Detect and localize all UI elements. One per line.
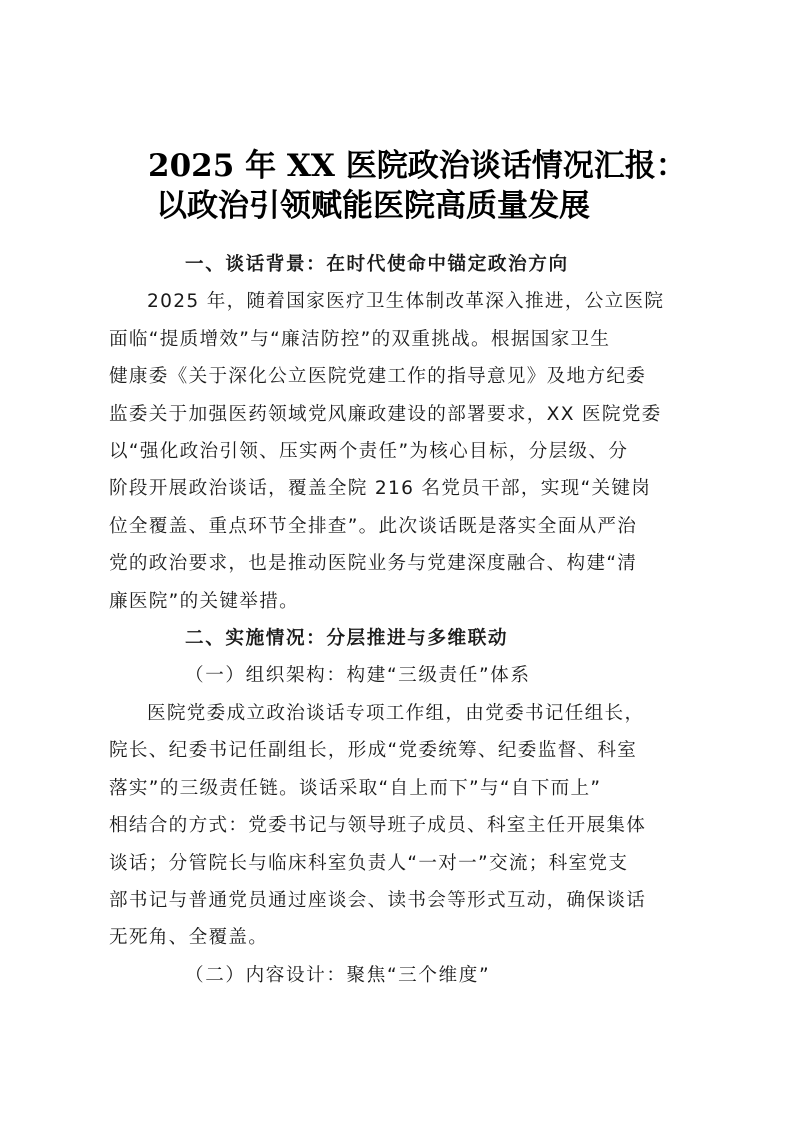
document-title: 2025 年 XX 医院政治谈话情况汇报： 以政治引领赋能医院高质量发展 <box>148 146 708 226</box>
text-line: 2025 年，随着国家医疗卫生体制改革深入推进，公立医院 <box>109 283 691 320</box>
section-heading-2: 二、实施情况：分层推进与多维联动 <box>109 620 691 657</box>
title-line-1: 2025 年 XX 医院政治谈话情况汇报： <box>148 146 708 186</box>
text-line: 谈话；分管院长与临床科室负责人“一对一”交流；科室党支 <box>109 845 691 882</box>
text-line: 部书记与普通党员通过座谈会、读书会等形式互动，确保谈话 <box>109 882 691 919</box>
paragraph-background: 2025 年，随着国家医疗卫生体制改革深入推进，公立医院 面临“提质增效”与“廉… <box>109 283 691 620</box>
document-page: 2025 年 XX 医院政治谈话情况汇报： 以政治引领赋能医院高质量发展 一、谈… <box>0 0 793 1122</box>
text-line: 位全覆盖、重点环节全排查”。此次谈话既是落实全面从严治 <box>109 508 691 545</box>
text-line: 面临“提质增效”与“廉洁防控”的双重挑战。根据国家卫生 <box>109 321 691 358</box>
subsection-heading-1: （一）组织架构：构建“三级责任”体系 <box>109 657 691 694</box>
section-heading-1: 一、谈话背景：在时代使命中锚定政治方向 <box>109 246 691 283</box>
text-line: 落实”的三级责任链。谈话采取“自上而下”与“自下而上” <box>109 770 691 807</box>
text-line: 阶段开展政治谈话，覆盖全院 216 名党员干部，实现“关键岗 <box>109 470 691 507</box>
text-line: 以“强化政治引领、压实两个责任”为核心目标，分层级、分 <box>109 433 691 470</box>
text-line: 监委关于加强医药领域党风廉政建设的部署要求，XX 医院党委 <box>109 396 691 433</box>
text-line: 医院党委成立政治谈话专项工作组，由党委书记任组长， <box>109 695 691 732</box>
text-line: 无死角、全覆盖。 <box>109 919 691 956</box>
text-line: 院长、纪委书记任副组长，形成“党委统筹、纪委监督、科室 <box>109 732 691 769</box>
text-line: 廉医院”的关键举措。 <box>109 583 691 620</box>
text-line: 党的政治要求，也是推动医院业务与党建深度融合、构建“清 <box>109 545 691 582</box>
text-line: 健康委《关于深化公立医院党建工作的指导意见》及地方纪委 <box>109 358 691 395</box>
title-line-2: 以政治引领赋能医院高质量发展 <box>148 186 708 226</box>
paragraph-organization: 医院党委成立政治谈话专项工作组，由党委书记任组长， 院长、纪委书记任副组长，形成… <box>109 695 691 957</box>
document-body: 一、谈话背景：在时代使命中锚定政治方向 2025 年，随着国家医疗卫生体制改革深… <box>109 246 691 994</box>
subsection-heading-2: （二）内容设计：聚焦“三个维度” <box>109 957 691 994</box>
text-line: 相结合的方式：党委书记与领导班子成员、科室主任开展集体 <box>109 807 691 844</box>
